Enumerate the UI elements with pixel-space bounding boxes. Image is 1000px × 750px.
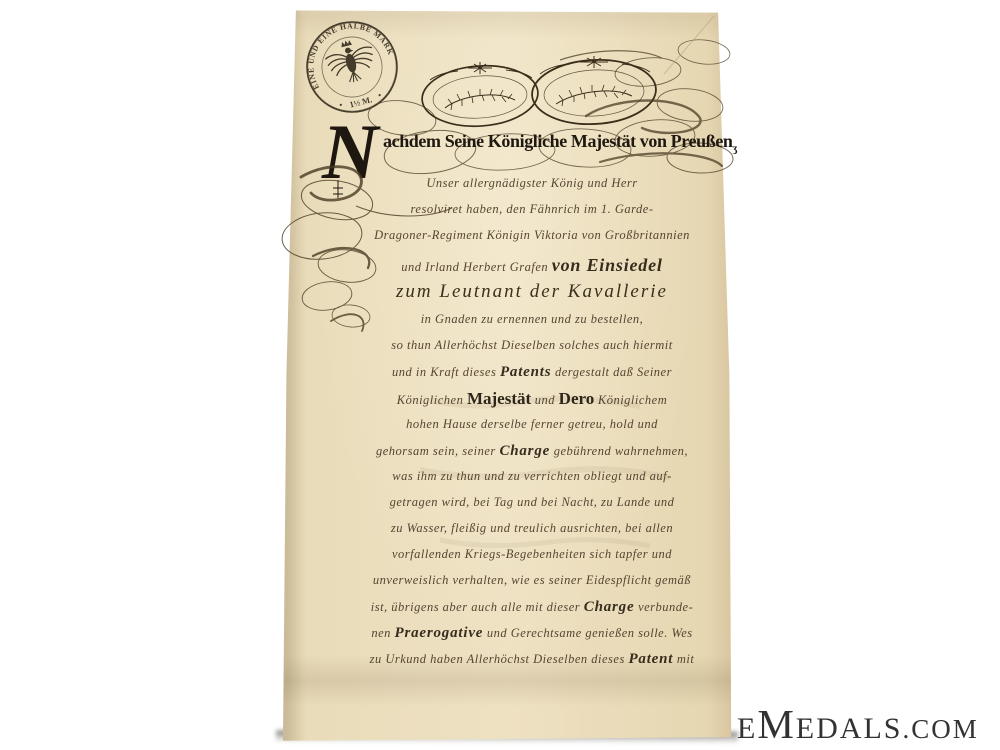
document-line: unverweislich verhalten, wie es seiner E… xyxy=(344,573,720,588)
document-line: in Gnaden zu ernennen und zu bestellen, xyxy=(344,312,720,327)
line-text: gehorsam sein, seiner xyxy=(376,444,500,458)
emphasized-word: Charge xyxy=(584,599,635,615)
document-line: hohen Hause derselbe ferner getreu, hold… xyxy=(344,417,720,432)
emphasized-word: Dero xyxy=(559,389,595,408)
document-line: so thun Allerhöchst Dieselben solches au… xyxy=(344,338,720,353)
line-text: Dragoner-Regiment Königin Viktoria von G… xyxy=(374,228,690,242)
emphasized-word: Majestät xyxy=(467,389,531,408)
rank-text: zum Leutnant der Kavallerie xyxy=(396,281,668,302)
emphasized-word: Praerogative xyxy=(395,625,484,641)
line-text: mit xyxy=(673,652,694,666)
line-text: und Gerechtsame genießen solle. Wes xyxy=(483,626,692,640)
document-line: ist, übrigens aber auch alle mit dieser … xyxy=(344,599,720,616)
document-line: zu Urkund haben Allerhöchst Dieselben di… xyxy=(344,651,720,668)
line-text: vorfallenden Kriegs-Begebenheiten sich t… xyxy=(392,547,672,561)
line-text: Unser allergnädigster König und Herr xyxy=(426,176,637,190)
line-text: was ihm zu thun und zu verrichten oblieg… xyxy=(392,469,672,483)
line-text: unverweislich verhalten, wie es seiner E… xyxy=(373,573,691,587)
document-line: Dragoner-Regiment Königin Viktoria von G… xyxy=(344,228,720,243)
emedals-watermark: EMEDALS.COM xyxy=(737,700,979,740)
emphasized-word: Charge xyxy=(499,443,550,459)
line-text: und xyxy=(531,393,559,407)
heading-text: achdem Seine Königliche Majestät von Pre… xyxy=(383,131,733,151)
line-text: resolviret haben, den Fähnrich im 1. Gar… xyxy=(411,202,654,216)
line-text: so thun Allerhöchst Dieselben solches au… xyxy=(391,338,672,352)
line-text: dergestalt daß Seiner xyxy=(551,365,672,379)
watermark-text: EDALS xyxy=(796,712,903,745)
document-line: zu Wasser, fleißig und treulich ausricht… xyxy=(344,521,720,536)
document-line-rank: zum Leutnant der Kavallerie xyxy=(344,281,720,303)
document-line: vorfallenden Kriegs-Begebenheiten sich t… xyxy=(344,547,720,562)
document-line: gehorsam sein, seiner Charge gebührend w… xyxy=(344,443,720,460)
document-line: resolviret haben, den Fähnrich im 1. Gar… xyxy=(344,202,720,217)
watermark-text: .COM xyxy=(902,714,978,744)
document-photo: EINE UND EINE HALBE MARK 1½ M. xyxy=(0,0,1000,750)
line-text: verbunde- xyxy=(634,600,693,614)
line-text: zu Urkund haben Allerhöchst Dieselben di… xyxy=(370,652,629,666)
document-line: getragen wird, bei Tag und bei Nacht, zu… xyxy=(344,495,720,510)
document-line: Königlichen Majestät und Dero Königliche… xyxy=(344,389,720,409)
watermark-text: E xyxy=(737,712,757,745)
emphasized-word: Patent xyxy=(628,651,673,667)
emphasized-word: Patents xyxy=(500,364,551,380)
line-text: Königlichem xyxy=(594,393,667,407)
watermark-text: M xyxy=(757,701,795,747)
line-text: und Irland Herbert Grafen xyxy=(401,260,552,274)
recipient-name: von Einsiedel xyxy=(552,255,663,275)
line-text: in Gnaden zu ernennen und zu bestellen, xyxy=(421,312,644,326)
line-text: zu Wasser, fleißig und treulich ausricht… xyxy=(391,521,673,535)
line-text: ist, übrigens aber auch alle mit dieser xyxy=(371,600,584,614)
document-line: was ihm zu thun und zu verrichten oblieg… xyxy=(344,469,720,484)
line-text: hohen Hause derselbe ferner getreu, hold… xyxy=(406,417,658,431)
line-text: gebührend wahrnehmen, xyxy=(550,444,688,458)
document-line: Unser allergnädigster König und Herr xyxy=(344,176,720,191)
document-line: und Irland Herbert Grafen von Einsiedel xyxy=(344,255,720,276)
line-text: getragen wird, bei Tag und bei Nacht, zu… xyxy=(390,495,675,509)
document-line: und in Kraft dieses Patents dergestalt d… xyxy=(344,364,720,381)
line-text: nen xyxy=(371,626,394,640)
line-text: und in Kraft dieses xyxy=(392,365,500,379)
document-line: nen Praerogative und Gerechtsame genieße… xyxy=(344,625,720,642)
line-text: Königlichen xyxy=(397,393,467,407)
document-heading: achdem Seine Königliche Majestät von Pre… xyxy=(383,131,715,155)
heading-tail-flourish: ʒ xyxy=(733,143,738,155)
